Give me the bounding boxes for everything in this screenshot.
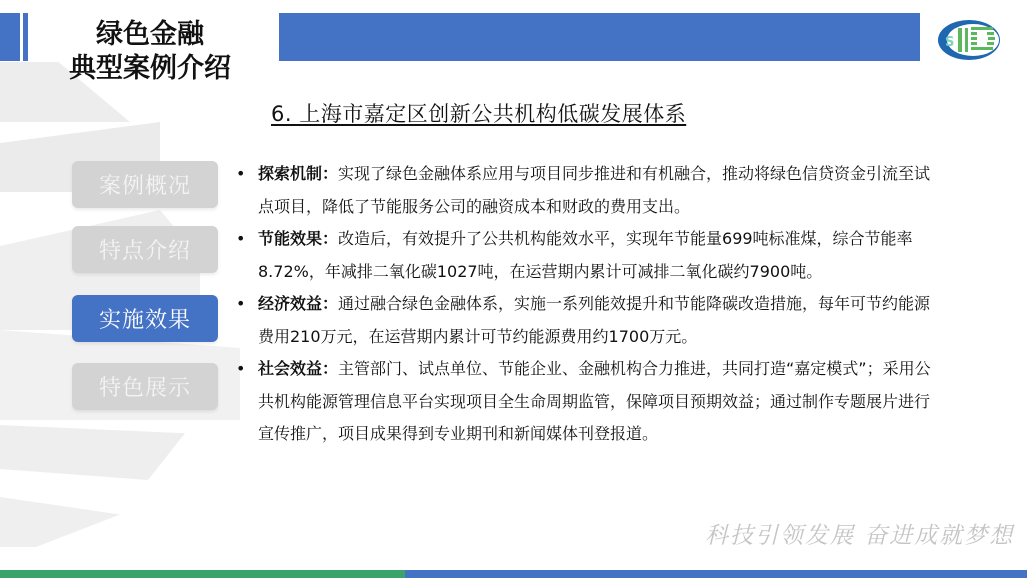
svg-text:S: S: [945, 35, 954, 50]
bullet-item: • 探索机制：实现了绿色金融体系应用与项目同步推进和有机融合，推动将绿色信贷资金…: [234, 158, 934, 223]
bullet-text: 通过融合绿色金融体系，实施一系列能效提升和节能降碳改造措施，每年可节约能源费用2…: [258, 294, 930, 346]
bullet-heading: 节能效果：: [258, 229, 338, 248]
stic-logo-icon: S: [936, 18, 1002, 62]
bullet-heading: 探索机制：: [258, 164, 338, 183]
nav-features[interactable]: 特点介绍: [72, 226, 218, 273]
nav-implementation-results[interactable]: 实施效果: [72, 295, 218, 342]
decorative-swoosh: [0, 497, 120, 547]
bullet-marker: •: [236, 223, 245, 256]
bullet-marker: •: [236, 288, 245, 321]
decorative-swoosh: [0, 425, 185, 480]
footer-bar-green: [0, 570, 405, 578]
bullet-marker: •: [236, 158, 245, 191]
bullet-list: • 探索机制：实现了绿色金融体系应用与项目同步推进和有机融合，推动将绿色信贷资金…: [234, 158, 934, 451]
header-banner: [279, 13, 920, 61]
bullet-text: 主管部门、试点单位、节能企业、金融机构合力推进，共同打造“嘉定模式”；采用公共机…: [258, 359, 931, 443]
nav-case-overview[interactable]: 案例概况: [72, 161, 218, 208]
nav-showcase[interactable]: 特色展示: [72, 363, 218, 410]
slogan-calligraphy: 科技引领发展 奋进成就梦想: [705, 517, 1014, 550]
header-accent-bar: [0, 13, 20, 61]
nav-label: 实施效果: [99, 303, 191, 334]
bullet-heading: 经济效益：: [258, 294, 338, 313]
header-accent-bar-thin: [23, 13, 28, 61]
bullet-marker: •: [236, 353, 245, 386]
section-title-line2: 典型案例介绍: [45, 52, 255, 86]
bullet-heading: 社会效益：: [258, 359, 338, 378]
bullet-text: 改造后，有效提升了公共机构能效水平，实现年节能量699吨标准煤，综合节能率8.7…: [258, 229, 913, 281]
nav-label: 特点介绍: [99, 234, 191, 265]
slide: 绿色金融 典型案例介绍 S 6. 上海市嘉定区创新公共机构低碳发展体系 案例概况: [0, 0, 1027, 578]
section-title-line1: 绿色金融: [45, 18, 255, 52]
bullet-item: • 社会效益：主管部门、试点单位、节能企业、金融机构合力推进，共同打造“嘉定模式…: [234, 353, 934, 451]
section-title: 绿色金融 典型案例介绍: [45, 18, 255, 86]
bullet-item: • 节能效果：改造后，有效提升了公共机构能效水平，实现年节能量699吨标准煤，综…: [234, 223, 934, 288]
bullet-item: • 经济效益：通过融合绿色金融体系，实施一系列能效提升和节能降碳改造措施，每年可…: [234, 288, 934, 353]
nav-label: 案例概况: [99, 169, 191, 200]
footer-bar-blue: [405, 570, 1027, 578]
nav-label: 特色展示: [99, 371, 191, 402]
case-title: 6. 上海市嘉定区创新公共机构低碳发展体系: [271, 98, 686, 128]
bullet-text: 实现了绿色金融体系应用与项目同步推进和有机融合，推动将绿色信贷资金引流至试点项目…: [258, 164, 930, 216]
